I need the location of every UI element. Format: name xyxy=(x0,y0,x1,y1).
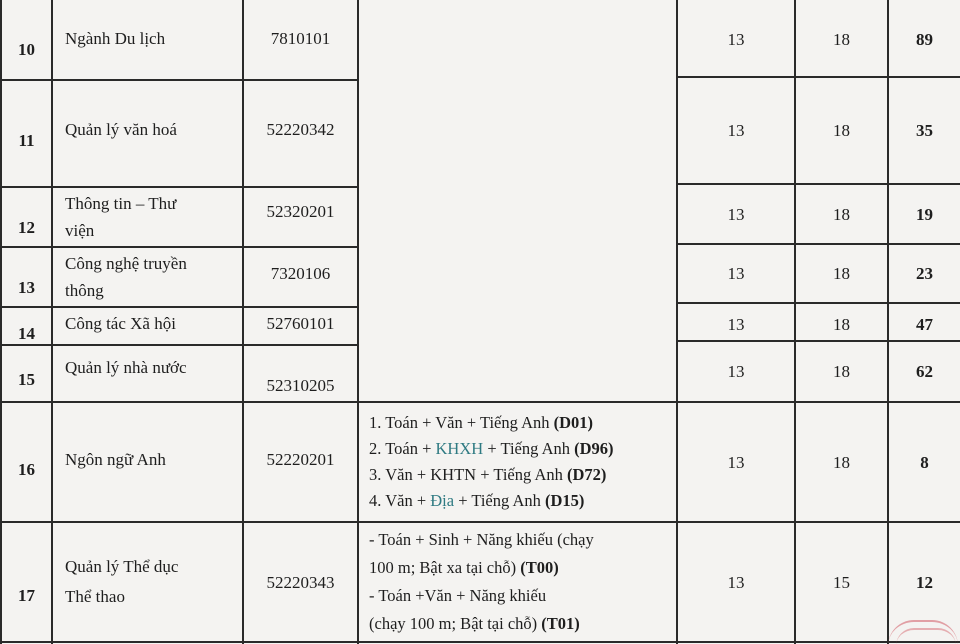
combo-line: 2. Toán + KHXH + Tiếng Anh (D96) xyxy=(369,436,614,462)
major-name-line: thông xyxy=(65,277,104,304)
row-number: 16 xyxy=(2,403,51,521)
major-code: 52220342 xyxy=(244,81,357,186)
major-code: 52310205 xyxy=(244,346,357,401)
combo-line: (chạy 100 m; Bật tại chỗ) (T01) xyxy=(369,610,580,638)
major-name: Công tác Xã hội xyxy=(53,308,242,344)
row-number: 11 xyxy=(2,81,51,186)
score-b: 18 xyxy=(796,304,887,340)
score-a: 13 xyxy=(678,0,794,78)
major-name: Thông tin – Thư viện xyxy=(53,188,242,246)
quota: 19 xyxy=(889,185,960,243)
combo-line: - Toán +Văn + Năng khiếu xyxy=(369,582,546,610)
score-a: 13 xyxy=(678,523,794,641)
major-code: 52760101 xyxy=(244,308,357,344)
quota: 8 xyxy=(889,403,960,521)
major-name: Công nghệ truyền thông xyxy=(53,248,242,306)
row-number: 10 xyxy=(2,0,51,80)
combo-line: 1. Toán + Văn + Tiếng Anh (D01) xyxy=(369,410,593,436)
subject-combinations: - Toán + Sinh + Năng khiếu (chạy 100 m; … xyxy=(359,523,676,641)
quota: 23 xyxy=(889,245,960,302)
major-name-line: viện xyxy=(65,217,94,244)
row-number: 15 xyxy=(2,346,51,401)
major-name: Quản lý nhà nước xyxy=(53,346,242,401)
major-name: Ngôn ngữ Anh xyxy=(53,403,242,521)
score-a: 13 xyxy=(678,403,794,521)
major-code: 52320201 xyxy=(244,188,357,246)
score-b: 18 xyxy=(796,0,887,78)
score-b: 18 xyxy=(796,245,887,302)
score-a: 13 xyxy=(678,342,794,401)
major-name: Quản lý Thể dục Thể thao xyxy=(53,523,242,641)
major-name: Ngành Du lịch xyxy=(53,0,242,80)
major-name-line: Quản lý Thể dục xyxy=(65,552,178,582)
major-code: 7320106 xyxy=(244,248,357,306)
quota: 35 xyxy=(889,78,960,183)
row-number: 13 xyxy=(2,248,51,306)
score-a: 13 xyxy=(678,78,794,183)
major-name-line: Thông tin – Thư xyxy=(65,190,176,217)
major-name-line: Công nghệ truyền xyxy=(65,250,187,277)
combo-line: 100 m; Bật xa tại chỗ) (T00) xyxy=(369,554,559,582)
subject-combinations: 1. Toán + Văn + Tiếng Anh (D01) 2. Toán … xyxy=(359,403,676,521)
score-a: 13 xyxy=(678,245,794,302)
score-b: 18 xyxy=(796,403,887,521)
quota: 47 xyxy=(889,304,960,340)
admission-table-scan: 10 Ngành Du lịch 7810101 13 18 89 11 Quả… xyxy=(0,0,960,644)
major-code: 7810101 xyxy=(244,0,357,80)
row-number: 17 xyxy=(2,523,51,641)
red-stamp-mark xyxy=(896,628,956,644)
major-name-line: Thể thao xyxy=(65,582,125,612)
quota: 62 xyxy=(889,342,960,401)
quota: 89 xyxy=(889,0,960,78)
combo-line: 3. Văn + KHTN + Tiếng Anh (D72) xyxy=(369,462,606,488)
score-b: 18 xyxy=(796,185,887,243)
score-b: 18 xyxy=(796,78,887,183)
major-code: 52220201 xyxy=(244,403,357,521)
combo-line: - Toán + Sinh + Năng khiếu (chạy xyxy=(369,526,594,554)
combo-line: 4. Văn + Địa + Tiếng Anh (D15) xyxy=(369,488,584,514)
grid-line xyxy=(0,641,960,643)
score-b: 15 xyxy=(796,523,887,641)
score-a: 13 xyxy=(678,304,794,340)
score-a: 13 xyxy=(678,185,794,243)
row-number: 14 xyxy=(2,308,51,344)
major-code: 52220343 xyxy=(244,523,357,641)
row-number: 12 xyxy=(2,188,51,246)
score-b: 18 xyxy=(796,342,887,401)
major-name: Quản lý văn hoá xyxy=(53,81,242,186)
